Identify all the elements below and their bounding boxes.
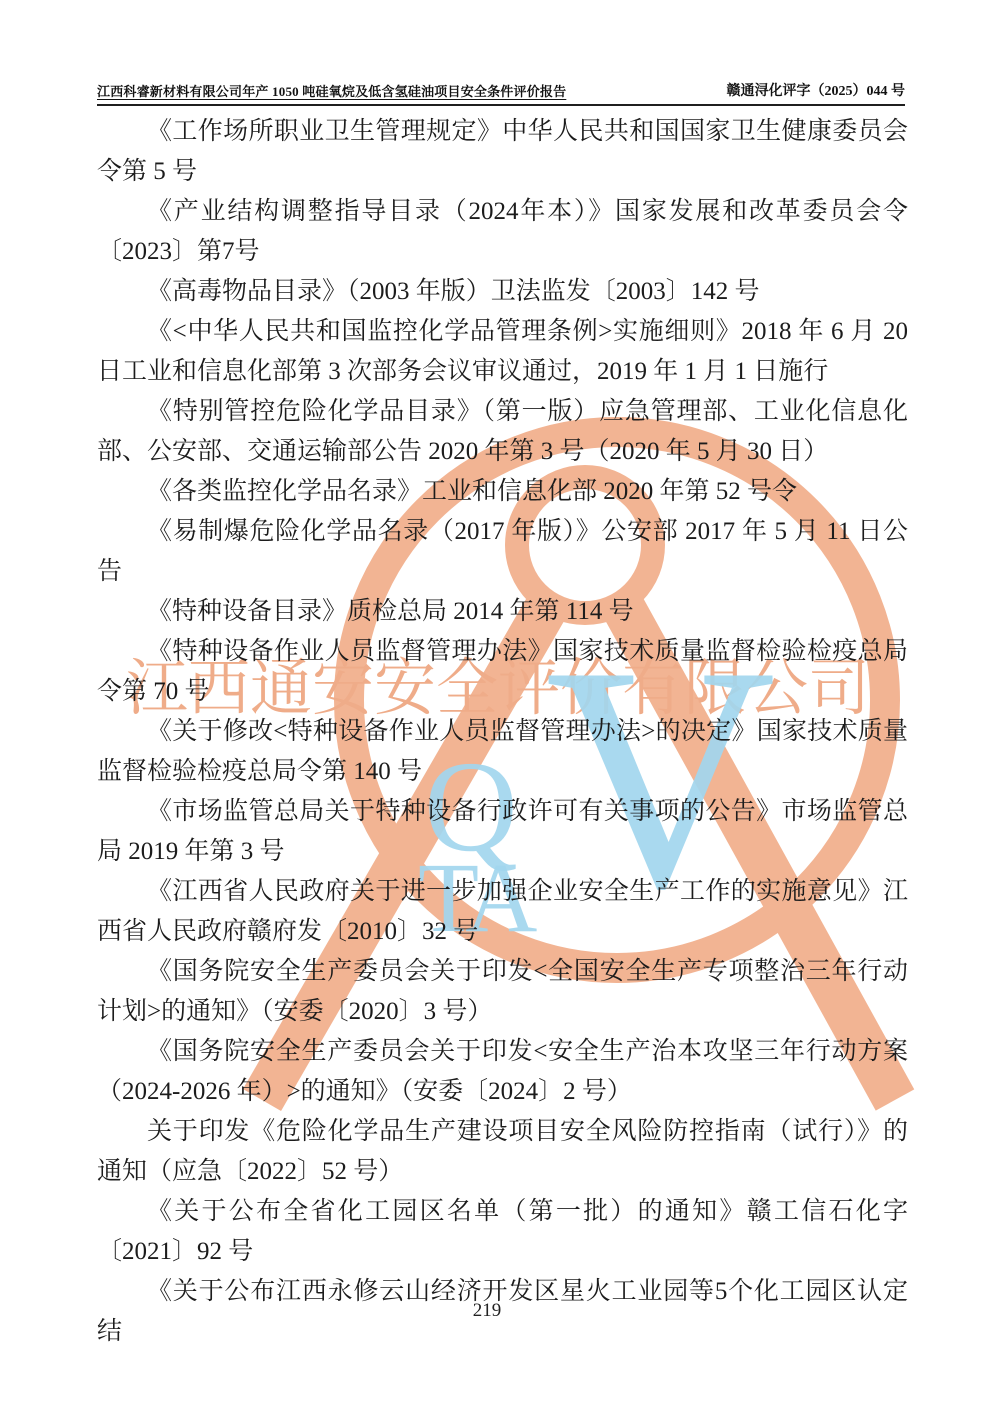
- reference-paragraph: 《江西省人民政府关于进一步加强企业安全生产工作的实施意见》江西省人民政府赣府发〔…: [97, 872, 908, 952]
- reference-paragraph: 《特种设备作业人员监督管理办法》国家技术质量监督检验检疫总局令第 70 号: [97, 632, 908, 712]
- reference-paragraph: 《国务院安全生产委员会关于印发<安全生产治本攻坚三年行动方案（2024-2026…: [97, 1032, 908, 1112]
- reference-paragraph: 《工作场所职业卫生管理规定》中华人民共和国国家卫生健康委员会令第 5 号: [97, 112, 908, 192]
- reference-paragraph: 《关于公布全省化工园区名单（第一批）的通知》赣工信石化字〔2021〕92 号: [97, 1192, 908, 1272]
- reference-paragraph: 关于印发《危险化学品生产建设项目安全风险防控指南（试行）》的通知（应急〔2022…: [97, 1112, 908, 1192]
- reference-paragraph: 《高毒物品目录》（2003 年版）卫法监发〔2003〕142 号: [97, 272, 908, 312]
- page-number: 219: [97, 1300, 877, 1322]
- references-list: 《工作场所职业卫生管理规定》中华人民共和国国家卫生健康委员会令第 5 号 《产业…: [97, 112, 908, 1352]
- reference-paragraph: 《各类监控化学品名录》工业和信息化部 2020 年第 52 号令: [97, 472, 908, 512]
- header-report-title: 江西科睿新材料有限公司年产 1050 吨硅氧烷及低含氢硅油项目安全条件评价报告: [97, 81, 566, 100]
- reference-paragraph: 《特种设备目录》质检总局 2014 年第 114 号: [97, 592, 908, 632]
- reference-paragraph: 《市场监管总局关于特种设备行政许可有关事项的公告》市场监管总局 2019 年第 …: [97, 792, 908, 872]
- reference-paragraph: 《产业结构调整指导目录（2024年本）》国家发展和改革委员会令〔2023〕第7号: [97, 192, 908, 272]
- page-header: 江西科睿新材料有限公司年产 1050 吨硅氧烷及低含氢硅油项目安全条件评价报告 …: [97, 80, 905, 106]
- reference-paragraph: 《特别管控危险化学品目录》（第一版）应急管理部、工业化信息化部、公安部、交通运输…: [97, 392, 908, 472]
- reference-paragraph: 《关于修改<特种设备作业人员监督管理办法>的决定》国家技术质量监督检验检疫总局令…: [97, 712, 908, 792]
- document-page: 江西通安安全评价有限公司 V Q TA 江西科睿新材料有限公司年产 1050 吨…: [0, 0, 1000, 1414]
- reference-paragraph: 《<中华人民共和国监控化学品管理条例>实施细则》2018 年 6 月 20 日工…: [97, 312, 908, 392]
- header-doc-number: 赣通浔化评字（2025）044 号: [727, 80, 906, 100]
- reference-paragraph: 《易制爆危险化学品名录（2017 年版）》公安部 2017 年 5 月 11 日…: [97, 512, 908, 592]
- reference-paragraph: 《国务院安全生产委员会关于印发<全国安全生产专项整治三年行动计划>的通知》（安委…: [97, 952, 908, 1032]
